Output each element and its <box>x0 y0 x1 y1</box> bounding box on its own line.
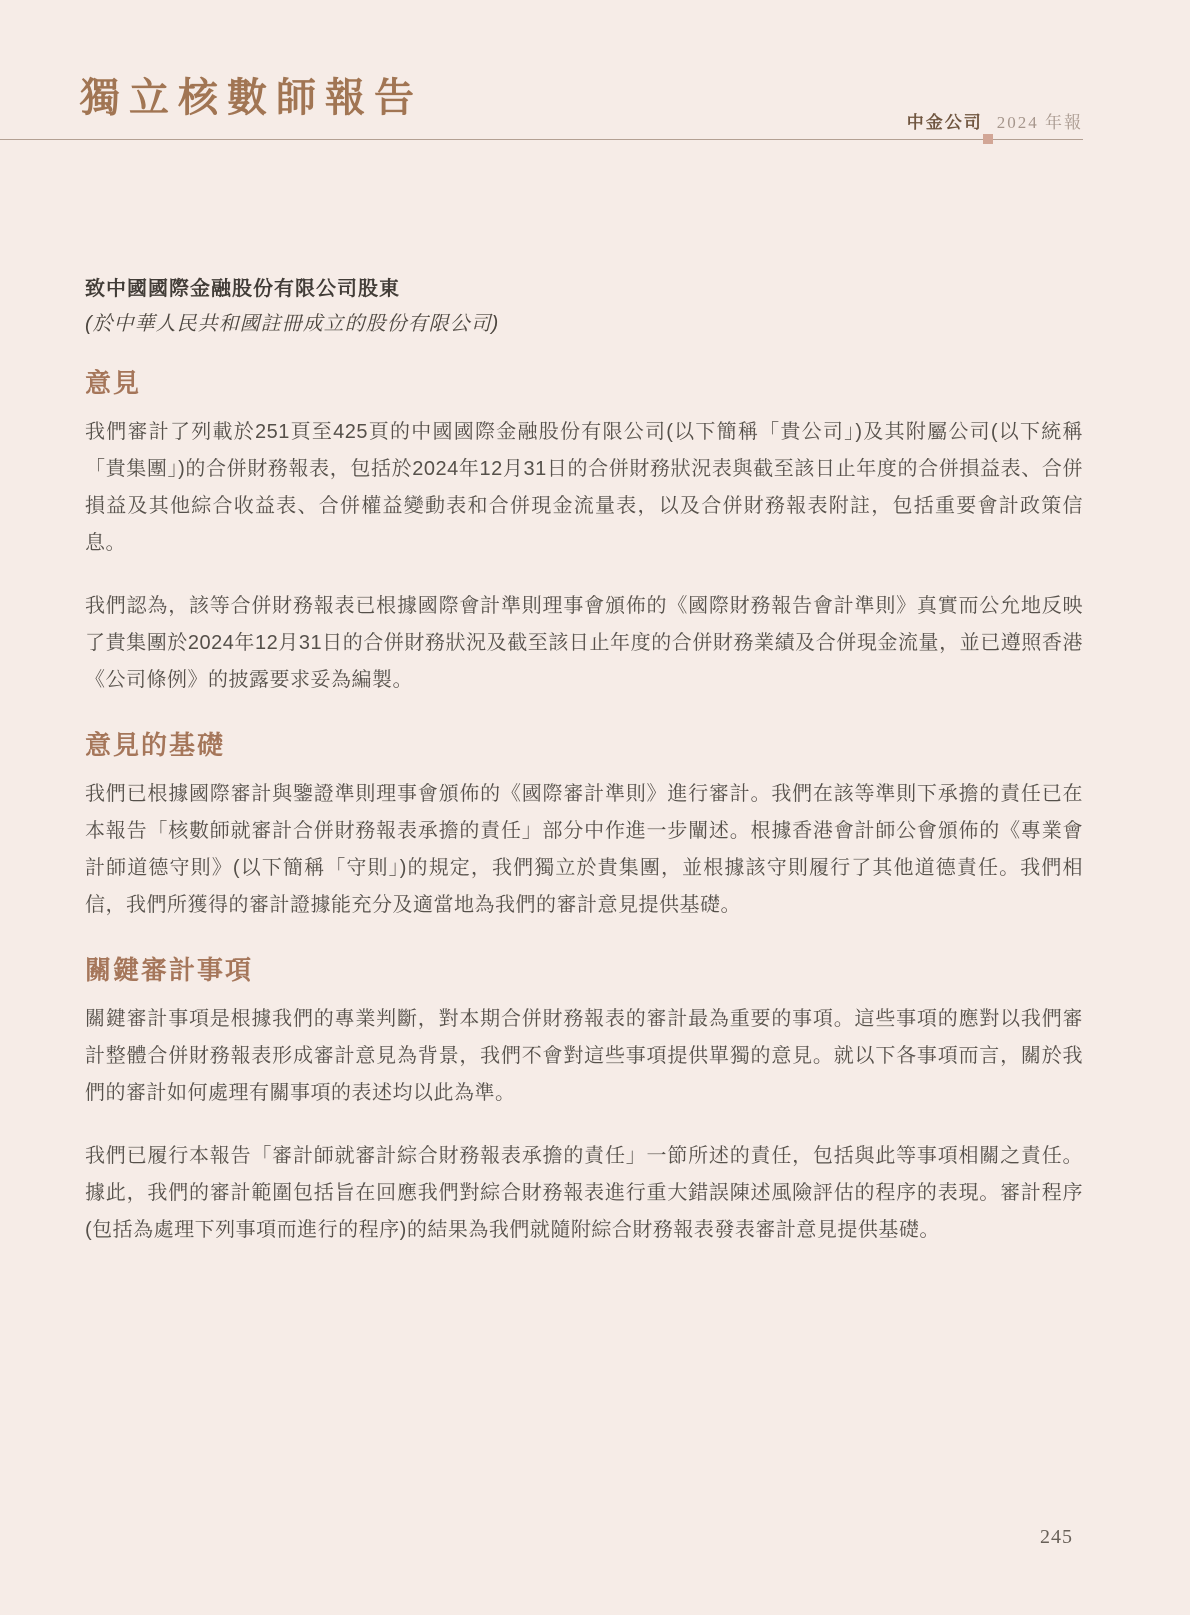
section-heading-opinion: 意見 <box>85 367 1083 399</box>
opinion-paragraph-2: 我們認為，該等合併財務報表已根據國際會計準則理事會頒佈的《國際財務報告會計準則》… <box>85 588 1083 699</box>
brand-name: 中金公司 <box>907 113 983 132</box>
divider-accent-square <box>983 134 993 144</box>
incorporation-line: (於中華人民共和國註冊成立的股份有限公司) <box>85 311 1083 337</box>
page-title: 獨立核數師報告 <box>80 66 423 123</box>
header-right: 中金公司2024 年報 <box>907 108 1083 133</box>
edition-label: 2024 年報 <box>997 113 1083 132</box>
audit-report-page: 獨立核數師報告 中金公司2024 年報 致中國國際金融股份有限公司股東 (於中華… <box>0 0 1190 1615</box>
page-number: 245 <box>1040 1526 1073 1549</box>
basis-for-opinion-paragraph: 我們已根據國際審計與鑒證準則理事會頒佈的《國際審計準則》進行審計。我們在該等準則… <box>85 776 1083 924</box>
header-divider <box>0 139 1083 140</box>
report-body: 致中國國際金融股份有限公司股東 (於中華人民共和國註冊成立的股份有限公司) 意見… <box>85 276 1083 1249</box>
section-heading-basis-for-opinion: 意見的基礎 <box>85 729 1083 761</box>
key-audit-matters-paragraph-2: 我們已履行本報告「審計師就審計綜合財務報表承擔的責任」一節所述的責任，包括與此等… <box>85 1138 1083 1249</box>
addressee-line: 致中國國際金融股份有限公司股東 <box>85 276 1083 302</box>
key-audit-matters-paragraph-1: 關鍵審計事項是根據我們的專業判斷，對本期合併財務報表的審計最為重要的事項。這些事… <box>85 1001 1083 1112</box>
section-heading-key-audit-matters: 關鍵審計事項 <box>85 954 1083 986</box>
opinion-paragraph-1: 我們審計了列載於251頁至425頁的中國國際金融股份有限公司(以下簡稱「貴公司」… <box>85 414 1083 562</box>
